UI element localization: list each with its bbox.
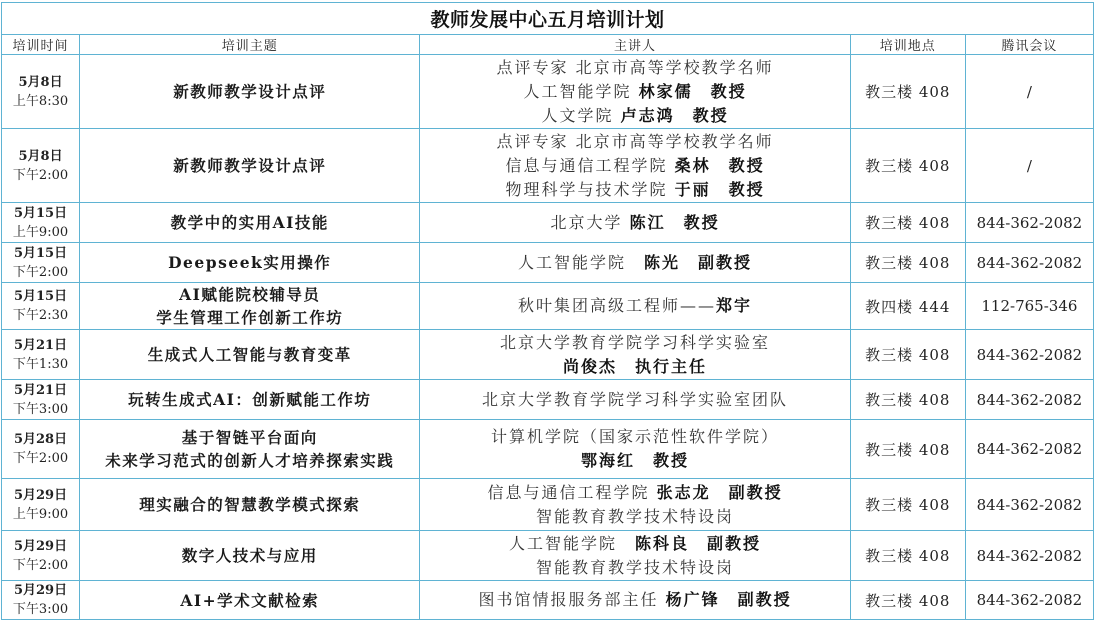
topic-line: AI赋能院校辅导员: [80, 283, 419, 306]
topic-line: 玩转生成式AI：创新赋能工作坊: [80, 388, 419, 411]
table-row: 5月29日 下午2:00 数字人技术与应用 人工智能学院 陈科良 副教授智能教育…: [2, 531, 1094, 581]
speaker-line: 点评专家 北京市高等学校教学名师: [420, 130, 849, 154]
session-time: 下午2:00: [2, 166, 79, 185]
page-title: 教师发展中心五月培训计划: [2, 3, 1094, 35]
speaker-cell: 人工智能学院 陈光 副教授: [420, 243, 850, 283]
speaker-affiliation: 信息与通信工程学院: [487, 483, 656, 502]
speaker-line: 点评专家 北京市高等学校教学名师: [420, 56, 849, 80]
training-plan-sheet: 教师发展中心五月培训计划 培训时间 培训主题 主讲人 培训地点 腾讯会议 5月8…: [1, 2, 1094, 617]
header-location: 培训地点: [850, 35, 965, 55]
meeting-id-cell: 844-362-2082: [965, 243, 1093, 283]
speaker-affiliation: 人工智能学院: [509, 534, 635, 553]
speaker-affiliation: 点评专家 北京市高等学校教学名师: [497, 132, 774, 151]
session-date: 5月29日: [2, 581, 79, 600]
header-time: 培训时间: [2, 35, 80, 55]
session-time: 下午2:00: [2, 449, 79, 468]
speaker-cell: 点评专家 北京市高等学校教学名师信息与通信工程学院 桑林 教授物理科学与技术学院…: [420, 129, 850, 203]
speaker-affiliation: 秋叶集团高级工程师——: [518, 296, 716, 315]
location-cell: 教三楼 408: [850, 420, 965, 479]
location-cell: 教三楼 408: [850, 55, 965, 129]
speaker-name: 陈光 副教授: [644, 253, 752, 272]
speaker-name: 尚俊杰 执行主任: [563, 357, 707, 376]
speaker-name: 杨广锋 副教授: [666, 590, 792, 609]
table-row: 5月8日 下午2:00 新教师教学设计点评 点评专家 北京市高等学校教学名师信息…: [2, 129, 1094, 203]
meeting-id-cell: 844-362-2082: [965, 203, 1093, 243]
session-time: 下午3:00: [2, 600, 79, 617]
table-row: 5月29日 下午3:00 AI+学术文献检索 图书馆情报服务部主任 杨广锋 副教…: [2, 581, 1094, 618]
speaker-name: 于丽 教授: [675, 180, 765, 199]
header-speaker: 主讲人: [420, 35, 850, 55]
time-cell: 5月29日 下午3:00: [2, 581, 80, 618]
speaker-name: 郑宇: [716, 296, 752, 315]
location-cell: 教三楼 408: [850, 330, 965, 380]
meeting-id-cell: 844-362-2082: [965, 581, 1093, 618]
table-body: 5月8日 上午8:30 新教师教学设计点评 点评专家 北京市高等学校教学名师人工…: [2, 55, 1094, 618]
topic-cell: Deepseek实用操作: [80, 243, 420, 283]
topic-line: 学生管理工作创新工作坊: [80, 306, 419, 329]
speaker-line: 人工智能学院 陈科良 副教授: [420, 532, 849, 556]
time-cell: 5月15日 上午9:00: [2, 203, 80, 243]
meeting-id-cell: 112-765-346: [965, 283, 1093, 330]
meeting-id-cell: 844-362-2082: [965, 531, 1093, 581]
speaker-name: 陈江 教授: [630, 213, 720, 232]
session-date: 5月15日: [2, 287, 79, 306]
speaker-affiliation: 人工智能学院: [518, 253, 644, 272]
location-cell: 教三楼 408: [850, 581, 965, 618]
session-time: 下午1:30: [2, 355, 79, 374]
session-time: 上午9:00: [2, 223, 79, 242]
speaker-cell: 北京大学教育学院学习科学实验室尚俊杰 执行主任: [420, 330, 850, 380]
time-cell: 5月15日 下午2:00: [2, 243, 80, 283]
time-cell: 5月28日 下午2:00: [2, 420, 80, 479]
speaker-line: 北京大学 陈江 教授: [420, 211, 849, 235]
speaker-name: 卢志鸿 教授: [621, 106, 729, 125]
speaker-line: 智能教育教学技术特设岗: [420, 556, 849, 580]
session-time: 下午2:30: [2, 306, 79, 325]
speaker-cell: 信息与通信工程学院 张志龙 副教授智能教育教学技术特设岗: [420, 479, 850, 531]
speaker-line: 北京大学教育学院学习科学实验室团队: [420, 388, 849, 412]
training-plan-table: 教师发展中心五月培训计划 培训时间 培训主题 主讲人 培训地点 腾讯会议 5月8…: [1, 2, 1094, 617]
meeting-id-cell: /: [965, 129, 1093, 203]
speaker-affiliation: 人工智能学院: [523, 82, 638, 101]
speaker-cell: 北京大学 陈江 教授: [420, 203, 850, 243]
location-cell: 教三楼 408: [850, 129, 965, 203]
session-date: 5月15日: [2, 244, 79, 263]
topic-line: 未来学习范式的创新人才培养探索实践: [80, 449, 419, 472]
topic-line: 教学中的实用AI技能: [80, 211, 419, 234]
topic-cell: AI赋能院校辅导员学生管理工作创新工作坊: [80, 283, 420, 330]
topic-cell: AI+学术文献检索: [80, 581, 420, 618]
speaker-name: 陈科良 副教授: [635, 534, 761, 553]
speaker-line: 计算机学院（国家示范性软件学院）: [420, 425, 849, 449]
time-cell: 5月29日 上午9:00: [2, 479, 80, 531]
topic-line: 基于智链平台面向: [80, 426, 419, 449]
speaker-affiliation: 图书馆情报服务部主任: [478, 590, 665, 609]
title-row: 教师发展中心五月培训计划: [2, 3, 1094, 35]
location-cell: 教三楼 408: [850, 531, 965, 581]
speaker-affiliation: 点评专家 北京市高等学校教学名师: [497, 58, 774, 77]
speaker-affiliation: 北京大学: [550, 213, 629, 232]
session-date: 5月21日: [2, 336, 79, 355]
session-date: 5月29日: [2, 537, 79, 556]
location-cell: 教三楼 408: [850, 243, 965, 283]
speaker-line: 人文学院 卢志鸿 教授: [420, 104, 849, 128]
topic-cell: 数字人技术与应用: [80, 531, 420, 581]
table-row: 5月29日 上午9:00 理实融合的智慧教学模式探索 信息与通信工程学院 张志龙…: [2, 479, 1094, 531]
location-cell: 教三楼 408: [850, 479, 965, 531]
speaker-affiliation: 北京大学教育学院学习科学实验室: [500, 333, 770, 352]
header-row: 培训时间 培训主题 主讲人 培训地点 腾讯会议: [2, 35, 1094, 55]
speaker-line: 智能教育教学技术特设岗: [420, 505, 849, 529]
speaker-line: 鄂海红 教授: [420, 449, 849, 473]
speaker-name: 桑林 教授: [675, 156, 765, 175]
topic-line: 新教师教学设计点评: [80, 80, 419, 103]
speaker-affiliation: 智能教育教学技术特设岗: [536, 558, 734, 577]
session-time: 上午9:00: [2, 505, 79, 524]
speaker-affiliation: 北京大学教育学院学习科学实验室团队: [482, 390, 788, 409]
speaker-affiliation: 信息与通信工程学院: [505, 156, 674, 175]
session-time: 下午3:00: [2, 400, 79, 419]
speaker-line: 秋叶集团高级工程师——郑宇: [420, 294, 849, 318]
time-cell: 5月8日 上午8:30: [2, 55, 80, 129]
session-date: 5月8日: [2, 73, 79, 92]
meeting-id-cell: 844-362-2082: [965, 380, 1093, 420]
session-date: 5月8日: [2, 147, 79, 166]
topic-cell: 玩转生成式AI：创新赋能工作坊: [80, 380, 420, 420]
topic-line: 理实融合的智慧教学模式探索: [80, 493, 419, 516]
speaker-cell: 人工智能学院 陈科良 副教授智能教育教学技术特设岗: [420, 531, 850, 581]
speaker-line: 物理科学与技术学院 于丽 教授: [420, 178, 849, 202]
meeting-id-cell: 844-362-2082: [965, 330, 1093, 380]
speaker-affiliation: 人文学院: [541, 106, 620, 125]
session-date: 5月21日: [2, 381, 79, 400]
topic-line: AI+学术文献检索: [80, 589, 419, 612]
speaker-name: 鄂海红 教授: [581, 451, 689, 470]
speaker-affiliation: 物理科学与技术学院: [505, 180, 674, 199]
meeting-id-cell: 844-362-2082: [965, 479, 1093, 531]
speaker-cell: 北京大学教育学院学习科学实验室团队: [420, 380, 850, 420]
header-topic: 培训主题: [80, 35, 420, 55]
speaker-cell: 计算机学院（国家示范性软件学院）鄂海红 教授: [420, 420, 850, 479]
session-time: 下午2:00: [2, 556, 79, 575]
location-cell: 教三楼 408: [850, 380, 965, 420]
time-cell: 5月29日 下午2:00: [2, 531, 80, 581]
table-row: 5月15日 下午2:30 AI赋能院校辅导员学生管理工作创新工作坊 秋叶集团高级…: [2, 283, 1094, 330]
topic-cell: 基于智链平台面向未来学习范式的创新人才培养探索实践: [80, 420, 420, 479]
speaker-line: 信息与通信工程学院 桑林 教授: [420, 154, 849, 178]
topic-cell: 生成式人工智能与教育变革: [80, 330, 420, 380]
session-date: 5月28日: [2, 430, 79, 449]
session-date: 5月29日: [2, 486, 79, 505]
speaker-affiliation: 智能教育教学技术特设岗: [536, 507, 734, 526]
speaker-cell: 秋叶集团高级工程师——郑宇: [420, 283, 850, 330]
meeting-id-cell: /: [965, 55, 1093, 129]
speaker-line: 人工智能学院 陈光 副教授: [420, 251, 849, 275]
speaker-affiliation: 计算机学院（国家示范性软件学院）: [491, 427, 779, 446]
topic-cell: 理实融合的智慧教学模式探索: [80, 479, 420, 531]
speaker-line: 北京大学教育学院学习科学实验室: [420, 331, 849, 355]
time-cell: 5月21日 下午3:00: [2, 380, 80, 420]
table-row: 5月28日 下午2:00 基于智链平台面向未来学习范式的创新人才培养探索实践 计…: [2, 420, 1094, 479]
session-time: 下午2:00: [2, 263, 79, 282]
speaker-cell: 点评专家 北京市高等学校教学名师人工智能学院 林家儒 教授人文学院 卢志鸿 教授: [420, 55, 850, 129]
time-cell: 5月15日 下午2:30: [2, 283, 80, 330]
header-meeting: 腾讯会议: [965, 35, 1093, 55]
speaker-name: 林家儒 教授: [639, 82, 747, 101]
topic-cell: 新教师教学设计点评: [80, 55, 420, 129]
speaker-name: 张志龙 副教授: [657, 483, 783, 502]
location-cell: 教四楼 444: [850, 283, 965, 330]
table-row: 5月21日 下午1:30 生成式人工智能与教育变革 北京大学教育学院学习科学实验…: [2, 330, 1094, 380]
meeting-id-cell: 844-362-2082: [965, 420, 1093, 479]
speaker-cell: 图书馆情报服务部主任 杨广锋 副教授: [420, 581, 850, 618]
topic-cell: 新教师教学设计点评: [80, 129, 420, 203]
session-time: 上午8:30: [2, 92, 79, 111]
time-cell: 5月21日 下午1:30: [2, 330, 80, 380]
speaker-line: 人工智能学院 林家儒 教授: [420, 80, 849, 104]
topic-line: 数字人技术与应用: [80, 544, 419, 567]
table-row: 5月15日 上午9:00 教学中的实用AI技能 北京大学 陈江 教授 教三楼 4…: [2, 203, 1094, 243]
table-row: 5月15日 下午2:00 Deepseek实用操作 人工智能学院 陈光 副教授 …: [2, 243, 1094, 283]
session-date: 5月15日: [2, 204, 79, 223]
location-cell: 教三楼 408: [850, 203, 965, 243]
topic-line: 新教师教学设计点评: [80, 154, 419, 177]
table-row: 5月21日 下午3:00 玩转生成式AI：创新赋能工作坊 北京大学教育学院学习科…: [2, 380, 1094, 420]
topic-line: Deepseek实用操作: [80, 251, 419, 274]
time-cell: 5月8日 下午2:00: [2, 129, 80, 203]
table-row: 5月8日 上午8:30 新教师教学设计点评 点评专家 北京市高等学校教学名师人工…: [2, 55, 1094, 129]
topic-line: 生成式人工智能与教育变革: [80, 343, 419, 366]
speaker-line: 尚俊杰 执行主任: [420, 355, 849, 379]
speaker-line: 图书馆情报服务部主任 杨广锋 副教授: [420, 588, 849, 612]
topic-cell: 教学中的实用AI技能: [80, 203, 420, 243]
speaker-line: 信息与通信工程学院 张志龙 副教授: [420, 481, 849, 505]
